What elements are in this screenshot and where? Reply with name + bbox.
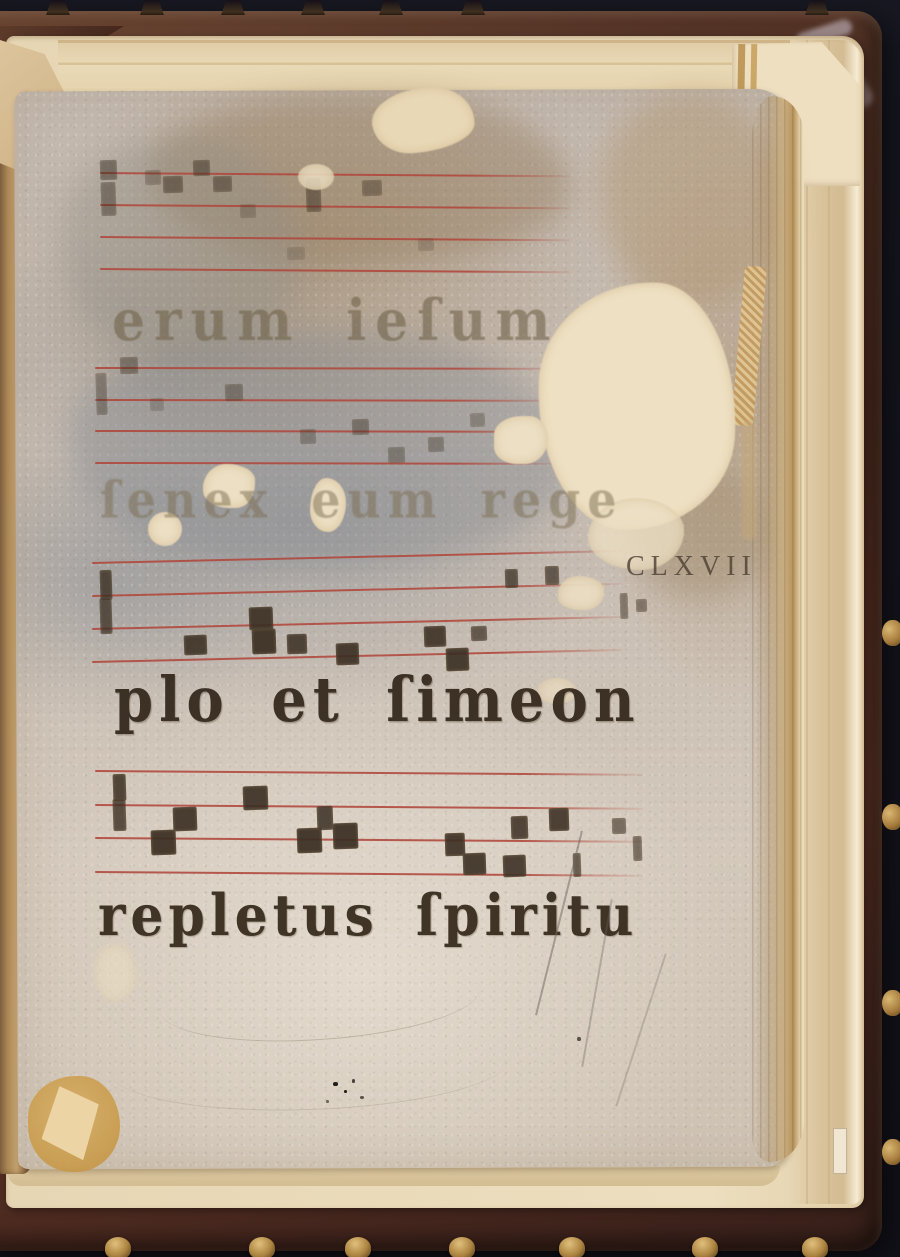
staff-line xyxy=(100,268,570,274)
neume xyxy=(636,599,647,612)
staff-line xyxy=(95,837,643,843)
neume xyxy=(511,816,529,840)
neume xyxy=(120,357,139,375)
staff-line xyxy=(95,367,555,370)
staff-line xyxy=(100,204,570,210)
ink-speck xyxy=(577,1037,581,1041)
neume xyxy=(240,204,256,219)
neume xyxy=(249,607,274,631)
staff-line xyxy=(95,462,555,465)
chant-text-line: ſenex eum rege xyxy=(100,470,624,529)
boss-stud-right xyxy=(882,804,900,830)
staff-line xyxy=(95,430,555,433)
boss-stud-right xyxy=(882,1139,900,1165)
neume xyxy=(225,384,244,402)
neume xyxy=(424,626,447,648)
neume xyxy=(145,170,162,186)
repair-patch xyxy=(558,576,604,610)
chant-text-line: plo et ſimeon xyxy=(114,664,641,737)
neume xyxy=(352,419,370,436)
staff-line xyxy=(95,399,555,402)
manuscript-photo: erum ieſum ſenex eum rege plo et ſimeon … xyxy=(0,0,900,1257)
neume xyxy=(163,176,184,194)
neume xyxy=(620,593,629,619)
neume xyxy=(471,626,488,642)
neume xyxy=(193,160,211,177)
neume xyxy=(463,853,487,876)
chant-text-line: erum ieſum xyxy=(112,287,559,354)
neume xyxy=(100,182,116,217)
boss-stud-bottom xyxy=(692,1237,718,1257)
boss-stud-right xyxy=(882,620,900,646)
neume xyxy=(243,786,269,811)
neume xyxy=(99,570,112,600)
boss-stud-bottom xyxy=(249,1237,275,1257)
neume xyxy=(549,808,570,832)
repair-patch xyxy=(494,416,548,464)
staff-line xyxy=(95,871,643,877)
boss-stud-bottom xyxy=(449,1237,475,1257)
neume xyxy=(213,176,233,193)
neume xyxy=(418,238,434,252)
neume xyxy=(317,806,334,831)
neume xyxy=(362,180,383,197)
staff-line xyxy=(92,583,622,597)
neume xyxy=(388,447,406,464)
neume xyxy=(612,818,627,834)
neume xyxy=(252,629,277,655)
neume xyxy=(333,823,359,850)
chant-text-line: repletus ſpiritu xyxy=(98,882,638,949)
staff-line xyxy=(95,770,643,776)
neume xyxy=(151,830,177,856)
staff-line xyxy=(100,236,570,242)
staff-line xyxy=(92,616,622,630)
neume xyxy=(100,160,118,181)
neume xyxy=(545,566,560,585)
neume xyxy=(633,836,643,861)
neume xyxy=(184,635,208,656)
neume xyxy=(112,799,126,831)
neume xyxy=(505,569,519,588)
neume xyxy=(113,774,127,801)
neume xyxy=(503,855,527,878)
neume xyxy=(95,373,107,415)
neume xyxy=(336,643,360,666)
repair-patch xyxy=(298,164,334,190)
neume xyxy=(428,437,445,453)
boss-stud-bottom xyxy=(802,1237,828,1257)
neume xyxy=(287,247,305,261)
folio-number: CLXVII xyxy=(626,551,757,583)
neume xyxy=(300,429,317,445)
boss-stud-bottom xyxy=(559,1237,585,1257)
boss-stud-bottom xyxy=(345,1237,371,1257)
repair-patch xyxy=(94,944,136,1002)
boss-stud-bottom xyxy=(105,1237,131,1257)
neume xyxy=(287,634,308,655)
neume xyxy=(173,807,198,832)
boss-stud-right xyxy=(882,990,900,1016)
staff-line xyxy=(92,550,622,564)
neume xyxy=(99,598,112,634)
neume xyxy=(445,833,466,857)
neume xyxy=(150,398,164,411)
neume xyxy=(470,413,485,428)
neume xyxy=(297,828,323,854)
